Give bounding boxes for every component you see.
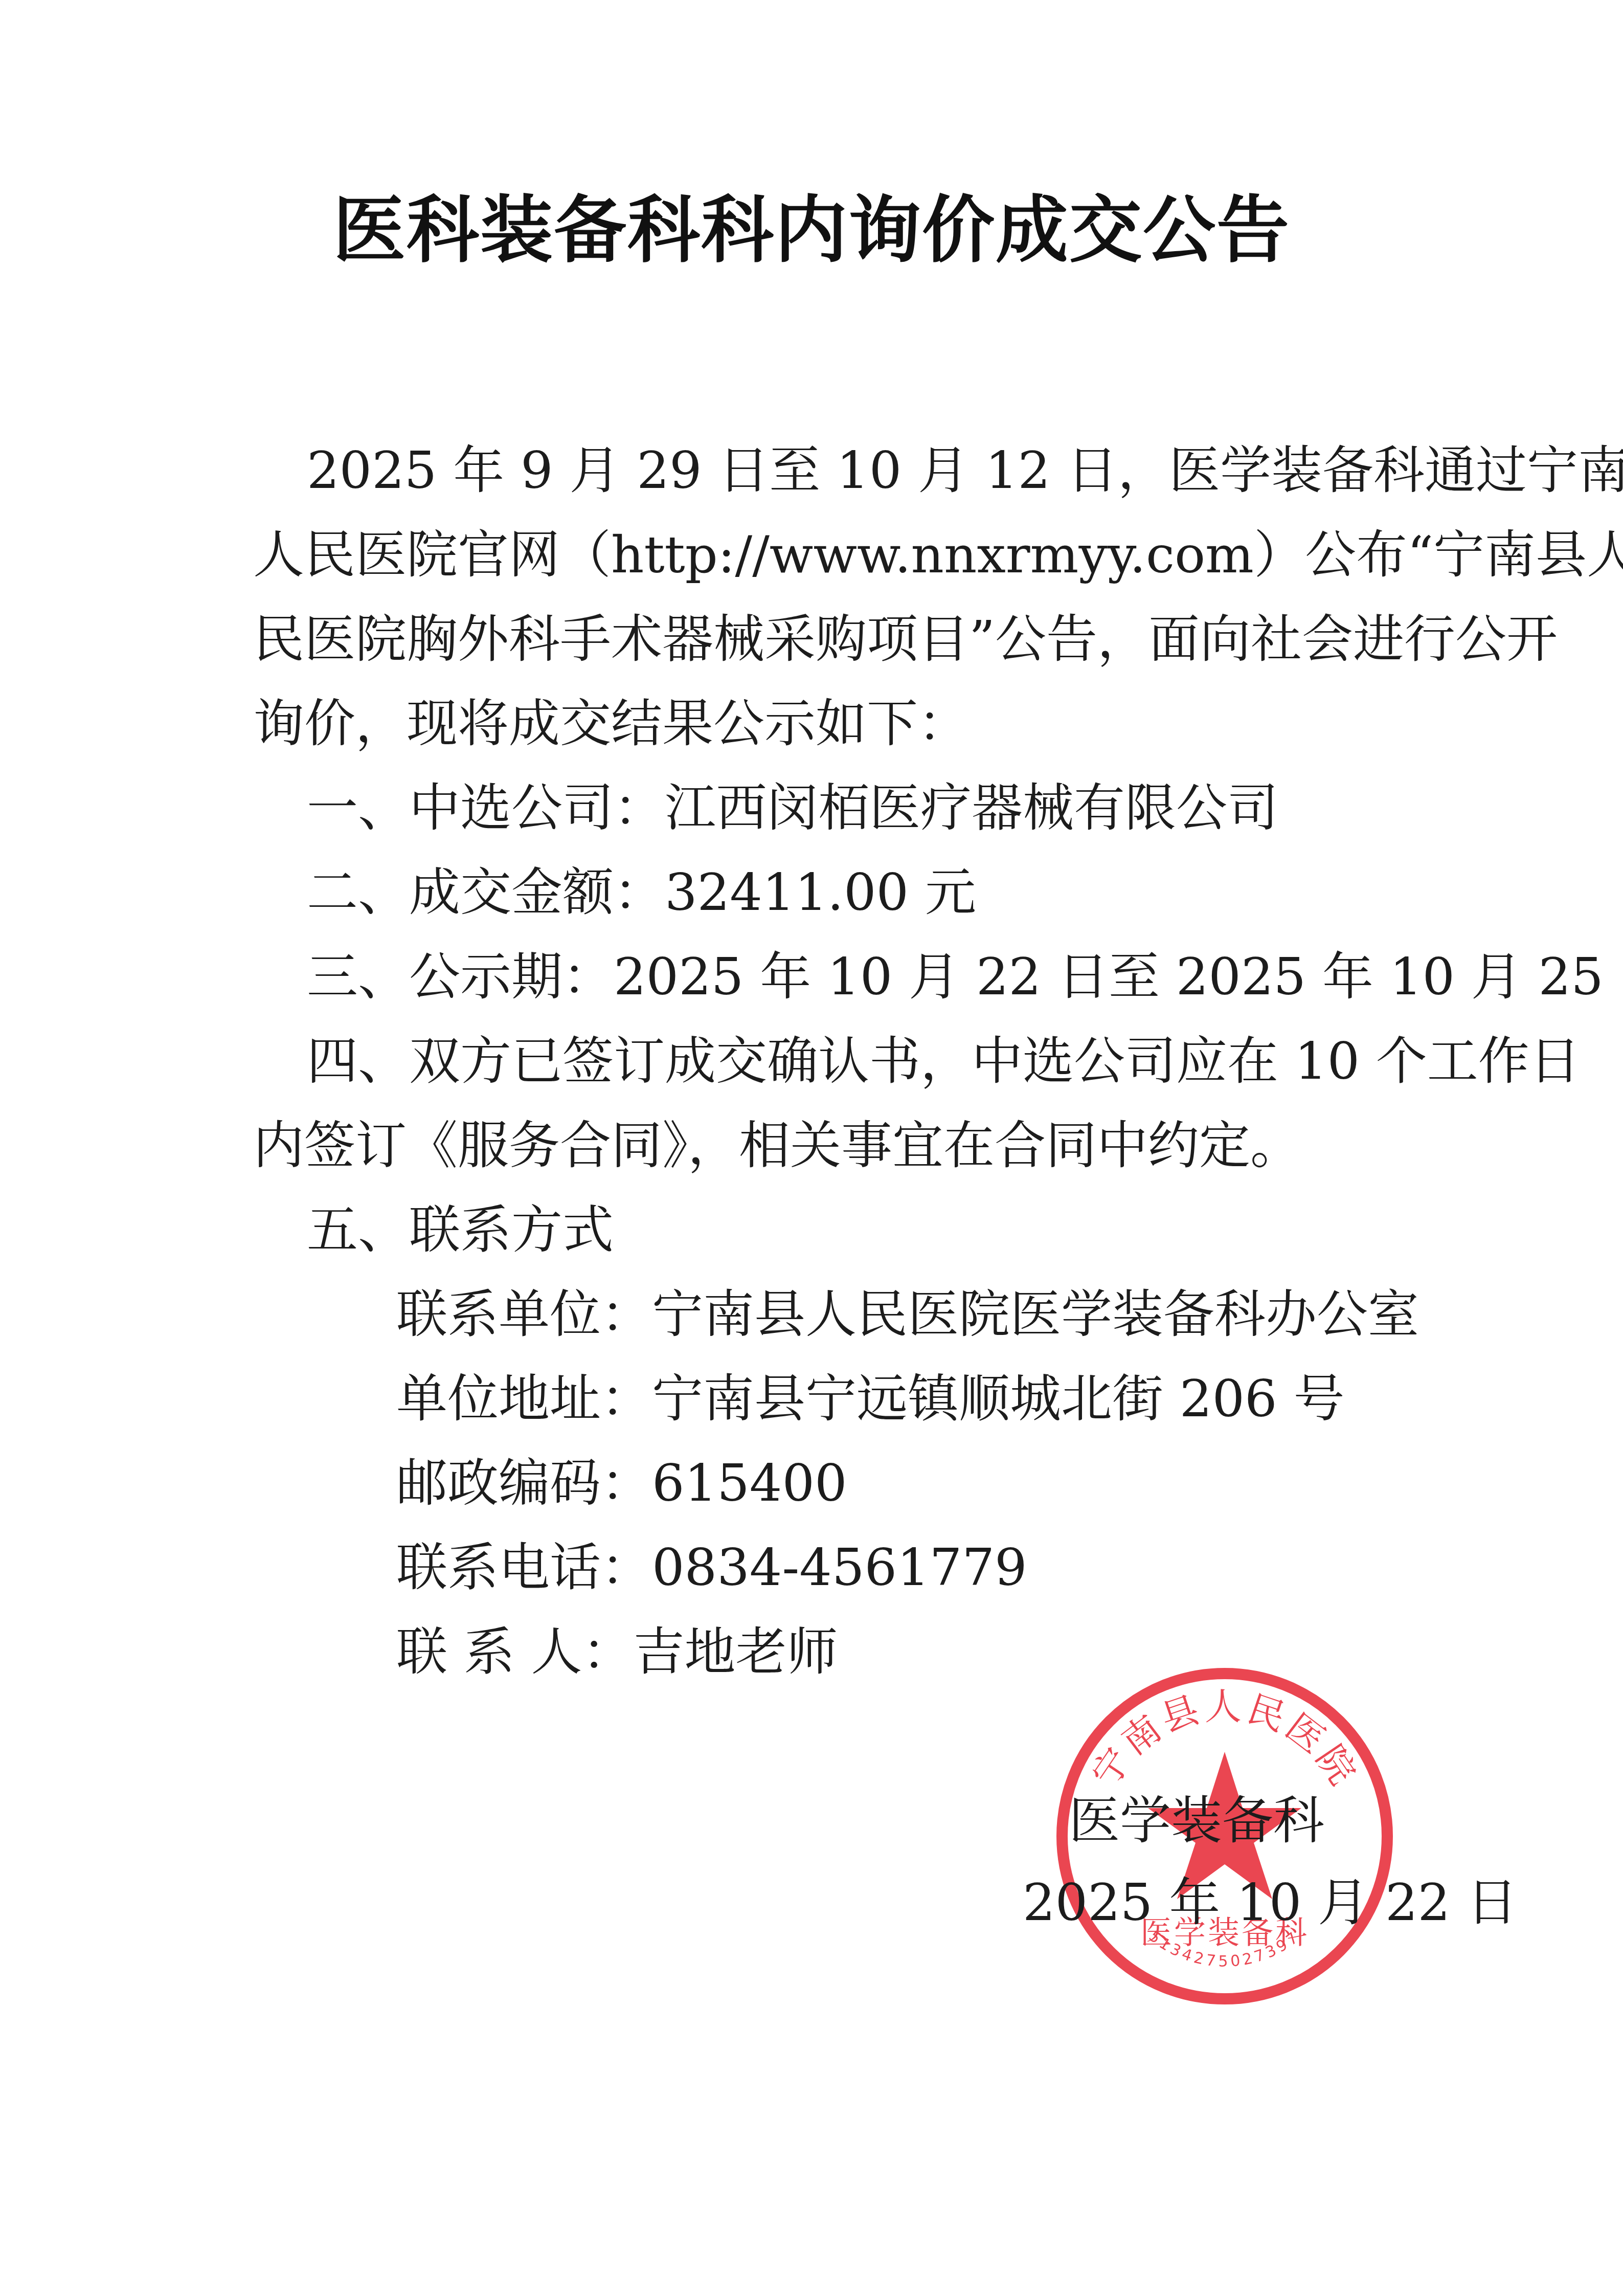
contact-postcode: 邮政编码：615400 (396, 1458, 847, 1509)
paragraph-line: 询价，现将成交结果公示如下： (253, 698, 969, 749)
item-contract-line2: 内签订《服务合同》，相关事宜在合同中约定。 (253, 1120, 1301, 1171)
paragraph-line: 人民医院官网（http://www.nnxrmyy.com）公布“宁南县人 (253, 529, 1623, 581)
paragraph-line: 民医院胸外科手术器械采购项目”公告，面向社会进行公开 (253, 614, 1558, 665)
item-contact-heading: 五、联系方式 (307, 1205, 614, 1256)
signature-department: 医学装备科 (1069, 1795, 1324, 1846)
item-contract-line1: 四、双方已签订成交确认书，中选公司应在 10 个工作日 (307, 1036, 1581, 1087)
contact-unit: 联系单位：宁南县人民医院医学装备科办公室 (396, 1289, 1419, 1340)
document-title: 医科装备科科内询价成交公告 (0, 194, 1623, 267)
item-publicity-period: 三、公示期：2025 年 10 月 22 日至 2025 年 10 月 25 日 (307, 951, 1623, 1002)
contact-phone: 联系电话：0834-4561779 (396, 1542, 1027, 1593)
item-winning-company: 一、中选公司：江西闵栢医疗器械有限公司 (307, 783, 1278, 834)
paragraph-line: 2025 年 9 月 29 日至 10 月 12 日，医学装备科通过宁南县 (307, 445, 1623, 496)
contact-address: 单位地址：宁南县宁远镇顺城北街 206 号 (396, 1373, 1344, 1424)
contact-person: 联 系 人：吉地老师 (396, 1626, 838, 1678)
signature-date: 2025 年 10 月 22 日 (1023, 1877, 1518, 1928)
document-page: 医科装备科科内询价成交公告 2025 年 9 月 29 日至 10 月 12 日… (0, 0, 1623, 2296)
item-amount: 二、成交金额：32411.00 元 (307, 867, 976, 918)
